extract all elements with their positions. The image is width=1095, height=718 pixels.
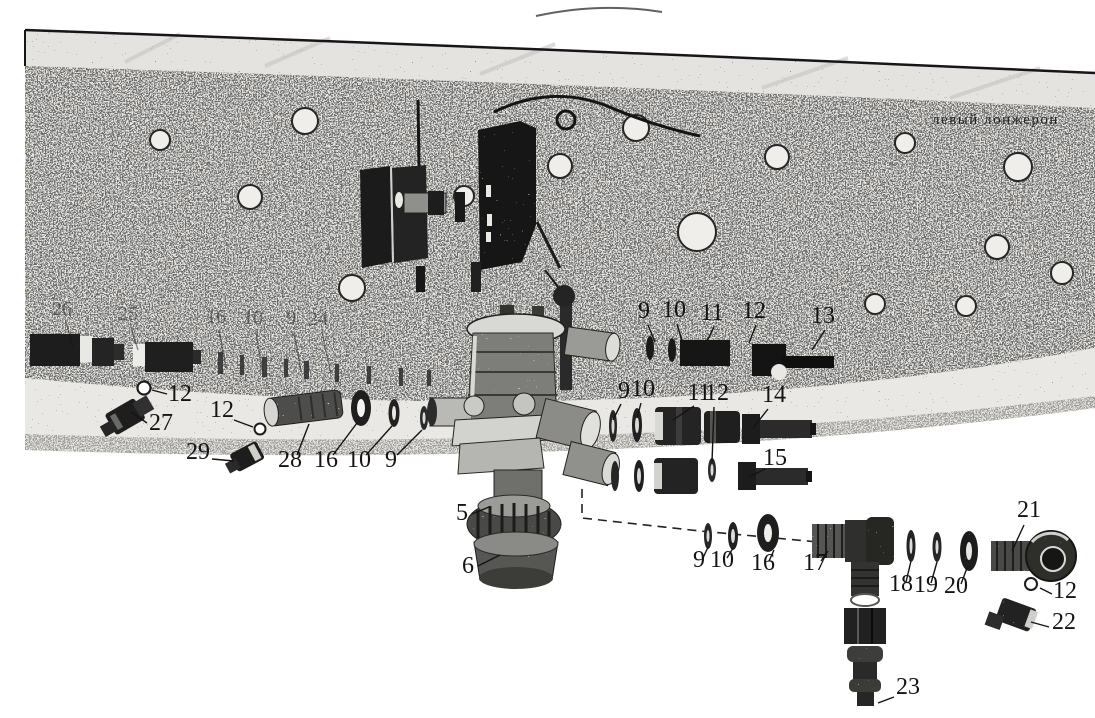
- diagram-page: левый лонжерон 1227122928161095691011121…: [0, 0, 1095, 718]
- web-hole: [956, 296, 976, 316]
- callout-label-9: 9: [618, 378, 630, 404]
- web-hole: [895, 133, 915, 153]
- installed-fitting-nut: [92, 338, 114, 366]
- fitting-lower: [654, 458, 698, 494]
- callout-label-17: 17: [803, 550, 827, 576]
- callout-label-19: 19: [914, 572, 938, 598]
- installed-fitting2-collar: [133, 344, 145, 366]
- callout-label-27: 27: [149, 410, 173, 436]
- fitting-12: [704, 411, 740, 443]
- valve-boss-a: [464, 396, 484, 416]
- callout-label-5: 5: [456, 500, 468, 526]
- callout-label-18: 18: [889, 571, 913, 597]
- installed-union: [680, 340, 730, 366]
- washer-slot: [635, 417, 639, 433]
- callout-label-12: 12: [1053, 578, 1077, 604]
- callout-label-10: 10: [710, 547, 734, 573]
- web-hole: [771, 364, 787, 380]
- seal-ring-12: [1025, 578, 1037, 590]
- bracket-slab-left: [360, 166, 392, 268]
- callout-label-24: 24: [308, 308, 328, 330]
- valve-left-port-end: [427, 398, 437, 426]
- valve-lower-band: [458, 438, 544, 474]
- callout-label-12: 12: [168, 381, 192, 407]
- bracket-hanger-line: [418, 100, 419, 166]
- callout-label-9: 9: [638, 298, 650, 324]
- callout-label-16: 16: [751, 550, 775, 576]
- fitting-22: [985, 595, 1039, 641]
- callout-label-23: 23: [896, 674, 920, 700]
- web-hole: [1004, 153, 1032, 181]
- bottom-chain: [704, 514, 1076, 706]
- installed-washer: [646, 336, 654, 360]
- bracket-rod-a: [416, 266, 425, 292]
- callout-label-20: 20: [944, 573, 968, 599]
- callout-label-16: 16: [314, 447, 338, 473]
- nut-20: [960, 531, 978, 571]
- washer-9: [704, 523, 712, 549]
- web-hole: [238, 185, 262, 209]
- installed-fitting-collar: [80, 336, 92, 362]
- seal-ring-12: [138, 382, 151, 395]
- callout-label-28: 28: [278, 447, 302, 473]
- installed-fitting-tip: [114, 344, 124, 360]
- washer-9: [420, 406, 428, 430]
- callout-label-12: 12: [705, 380, 729, 406]
- callout-label-10: 10: [347, 447, 371, 473]
- callout-leader: [878, 697, 894, 703]
- gasket-ring: [851, 594, 879, 606]
- installed-fitting2-tip: [193, 350, 201, 364]
- installed-washer: [668, 338, 676, 362]
- drain-valve-23: [844, 608, 886, 706]
- bracket-slab-right: [392, 165, 428, 263]
- washer-19: [933, 532, 942, 562]
- bracket-bolt: [455, 192, 465, 222]
- callout-label-9: 9: [385, 447, 397, 473]
- callout-label-9: 9: [286, 307, 296, 329]
- washer-slot: [612, 418, 615, 434]
- bracket-rod-b: [471, 262, 481, 292]
- web-hole: [339, 275, 365, 301]
- parts-diagram: левый лонжерон 1227122928161095691011121…: [0, 0, 1095, 718]
- installed-fitting2-body: [145, 342, 193, 372]
- installed-rod: [782, 356, 834, 368]
- callout-label-6: 6: [462, 553, 474, 579]
- washer-10: [728, 522, 738, 550]
- elbow-fitting-21: [991, 531, 1076, 581]
- callout-leader: [1040, 588, 1052, 594]
- dashed-connection-line: [582, 489, 818, 542]
- web-hole: [292, 108, 318, 134]
- callout-label-15: 15: [763, 445, 787, 471]
- washer-10: [389, 399, 400, 427]
- nut-16: [351, 390, 371, 426]
- web-hole: [1051, 262, 1073, 284]
- callout-label-21: 21: [1017, 497, 1041, 523]
- frame-caption: левый лонжерон: [932, 112, 1059, 128]
- callout-label-12: 12: [210, 397, 234, 423]
- callout-leader: [1031, 622, 1049, 627]
- seal-ring-12: [255, 424, 266, 435]
- callout-label-13: 13: [811, 303, 835, 329]
- callout-label-10: 10: [631, 376, 655, 402]
- top-cable-arc: [536, 8, 662, 16]
- callout-leader: [212, 459, 234, 461]
- valve-top-knob: [553, 285, 575, 307]
- washer-slot: [637, 468, 641, 484]
- callout-label-22: 22: [1052, 609, 1076, 635]
- bracket-connector-cap: [428, 191, 444, 215]
- callout-label-16: 16: [206, 306, 226, 328]
- washer-9: [611, 461, 619, 491]
- installed-fitting-body: [30, 334, 80, 366]
- callout-label-29: 29: [186, 439, 210, 465]
- callout-label-10: 10: [243, 307, 263, 329]
- web-hole: [765, 145, 789, 169]
- callout-label-14: 14: [762, 382, 786, 408]
- web-hole: [548, 154, 572, 178]
- web-hole: [150, 130, 170, 150]
- bracket-hole: [395, 192, 403, 208]
- callout-label-10: 10: [662, 297, 686, 323]
- web-hole: [865, 294, 885, 314]
- callout-label-11: 11: [700, 300, 723, 326]
- bottom-cover-6: [474, 532, 558, 589]
- callout-label-9: 9: [693, 547, 705, 573]
- web-hole: [678, 213, 716, 251]
- callout-label-25: 25: [118, 303, 138, 325]
- washer-18: [907, 530, 916, 562]
- valve-boss-b: [513, 393, 535, 415]
- fitting-11: [655, 407, 701, 445]
- web-hole: [985, 235, 1009, 259]
- callout-label-26: 26: [52, 298, 72, 320]
- callout-label-12: 12: [742, 298, 766, 324]
- nut-16: [757, 514, 779, 552]
